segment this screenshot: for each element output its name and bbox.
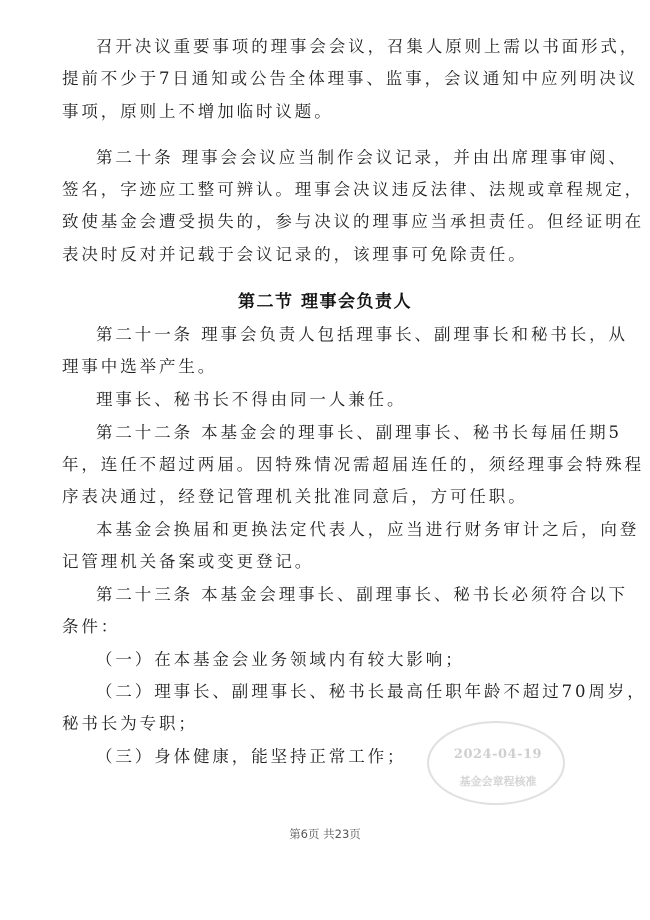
list-item: （二）理事长、副理事长、秘书长最高任职年龄不超过70周岁，: [96, 681, 626, 703]
paragraph-line: 理事中选举产生。: [62, 356, 592, 378]
paragraph-line: 年，连任不超过两届。因特殊情况需超届连任的，须经理事会特殊程: [62, 454, 592, 476]
paragraph-line: 本基金会换届和更换法定代表人，应当进行财务审计之后，向登: [96, 519, 626, 541]
stamp-date: 2024-04-19: [429, 747, 567, 762]
paragraph-line: 表决时反对并记载于会议记录的，该理事可免除责任。: [62, 244, 592, 266]
document-page: 召开决议重要事项的理事会会议，召集人原则上需以书面形式， 提前不少于7日通知或公…: [0, 0, 650, 920]
article-21-line: 第二十一条 理事会负责人包括理事长、副理事长和秘书长，从: [96, 324, 626, 346]
paragraph-line: 条件：: [62, 616, 592, 638]
paragraph-line: 事项，原则上不增加临时议题。: [62, 101, 592, 123]
list-item: （一）在本基金会业务领域内有较大影响；: [96, 649, 626, 671]
article-20-line: 第二十条 理事会会议应当制作会议记录，并由出席理事审阅、: [96, 147, 626, 169]
paragraph-line: 理事长、秘书长不得由同一人兼任。: [96, 389, 626, 411]
article-23-line: 第二十三条 本基金会理事长、副理事长、秘书长必须符合以下: [96, 584, 626, 606]
paragraph-line: 记管理机关备案或变更登记。: [62, 551, 592, 573]
article-22-line: 第二十二条 本基金会的理事长、副理事长、秘书长每届任期5: [96, 422, 626, 444]
paragraph-line: 提前不少于7日通知或公告全体理事、监事，会议通知中应列明决议: [62, 68, 592, 90]
section-heading: 第二节 理事会负责人: [0, 291, 650, 313]
approval-stamp: 2024-04-19 基金会章程核准: [427, 721, 565, 805]
paragraph-line: 致使基金会遭受损失的，参与决议的理事应当承担责任。但经证明在: [62, 211, 592, 233]
page-indicator: 第6页 共23页: [0, 826, 650, 842]
paragraph-line: 召开决议重要事项的理事会会议，召集人原则上需以书面形式，: [96, 36, 626, 58]
stamp-label: 基金会章程核准: [429, 773, 567, 789]
paragraph-line: 签名，字迹应工整可辨认。理事会决议违反法律、法规或章程规定，: [62, 179, 592, 201]
paragraph-line: 序表决通过，经登记管理机关批准同意后，方可任职。: [62, 486, 592, 508]
